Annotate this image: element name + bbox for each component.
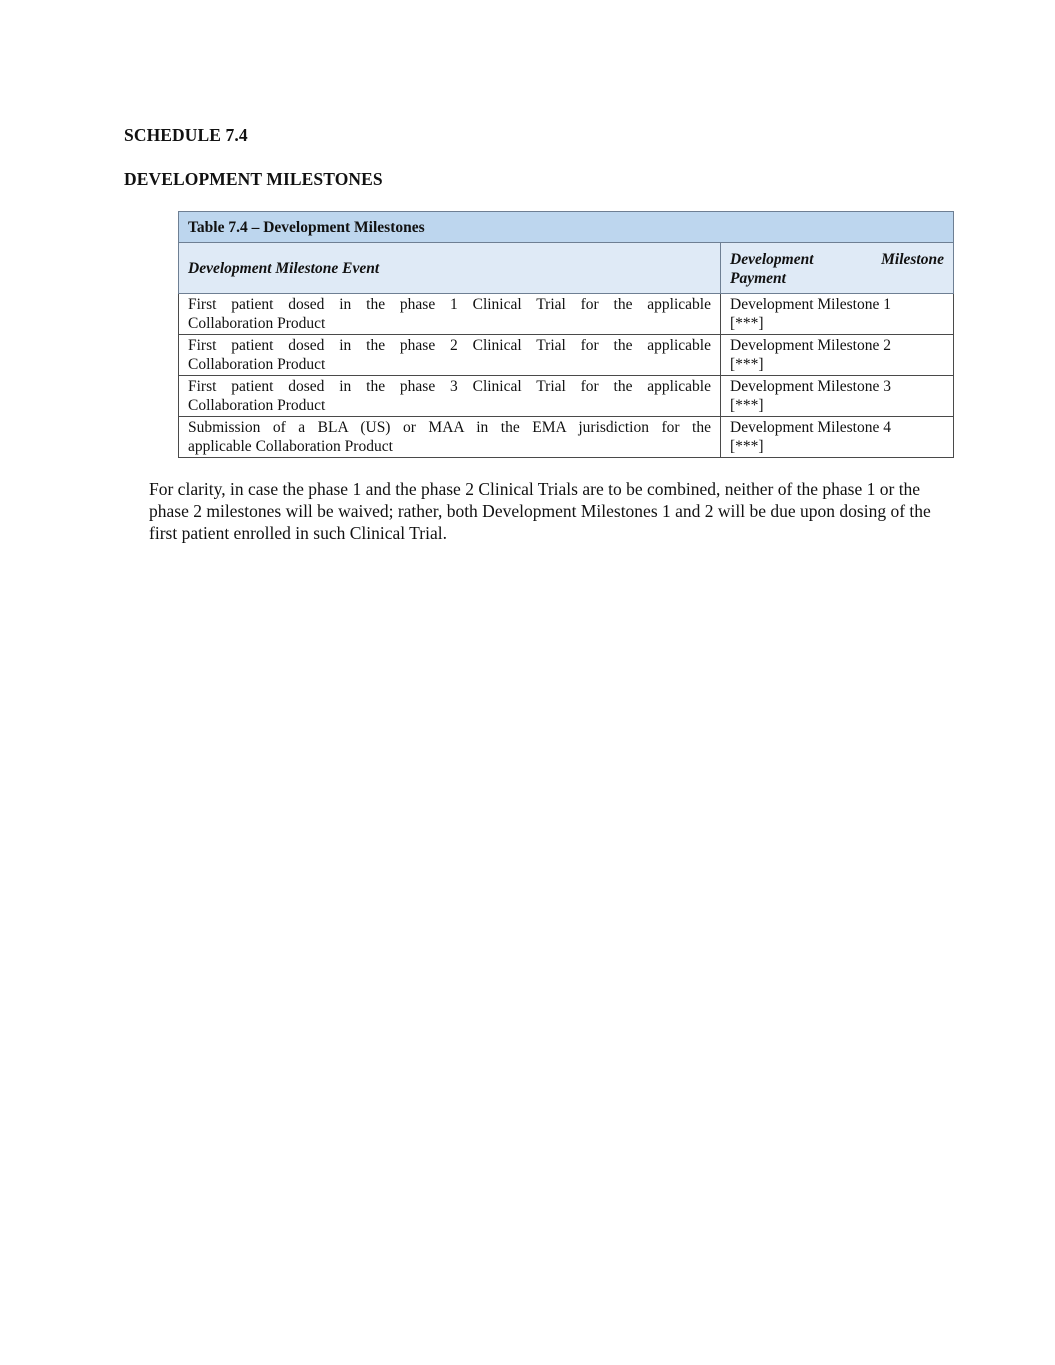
payment-cell: Development Milestone 1 [***] xyxy=(721,294,954,335)
payment-redacted: [***] xyxy=(730,438,764,455)
clarification-paragraph: For clarity, in case the phase 1 and the… xyxy=(149,478,931,544)
table-row: First patient dosed in the phase 3 Clini… xyxy=(179,376,954,417)
event-text-line1: First patient dosed in the phase 1 Clini… xyxy=(188,295,711,314)
event-text-line2: Collaboration Product xyxy=(188,397,325,414)
payment-text: Development Milestone 3 xyxy=(730,377,944,396)
header-payment: Development Milestone Payment xyxy=(721,243,954,294)
payment-text: Development Milestone 1 xyxy=(730,295,944,314)
header-event: Development Milestone Event xyxy=(179,243,721,294)
event-text-line1: First patient dosed in the phase 2 Clini… xyxy=(188,336,711,355)
payment-cell: Development Milestone 2 [***] xyxy=(721,335,954,376)
event-cell: First patient dosed in the phase 3 Clini… xyxy=(179,376,721,417)
header-payment-line2: Payment xyxy=(730,270,786,287)
payment-cell: Development Milestone 4 [***] xyxy=(721,417,954,458)
development-milestones-table: Table 7.4 – Development Milestones Devel… xyxy=(178,211,954,458)
table-header-row: Development Milestone Event Development … xyxy=(179,243,954,294)
payment-cell: Development Milestone 3 [***] xyxy=(721,376,954,417)
payment-redacted: [***] xyxy=(730,397,764,414)
payment-redacted: [***] xyxy=(730,356,764,373)
schedule-title: SCHEDULE 7.4 xyxy=(124,125,248,146)
payment-text: Development Milestone 4 xyxy=(730,418,944,437)
payment-redacted: [***] xyxy=(730,315,764,332)
table-caption: Table 7.4 – Development Milestones xyxy=(179,212,954,243)
payment-text: Development Milestone 2 xyxy=(730,336,944,355)
event-text-line1: Submission of a BLA (US) or MAA in the E… xyxy=(188,418,711,437)
event-text-line1: First patient dosed in the phase 3 Clini… xyxy=(188,377,711,396)
table-caption-row: Table 7.4 – Development Milestones xyxy=(179,212,954,243)
event-cell: Submission of a BLA (US) or MAA in the E… xyxy=(179,417,721,458)
section-title: DEVELOPMENT MILESTONES xyxy=(124,169,383,190)
table-row: Submission of a BLA (US) or MAA in the E… xyxy=(179,417,954,458)
table-row: First patient dosed in the phase 1 Clini… xyxy=(179,294,954,335)
table-row: First patient dosed in the phase 2 Clini… xyxy=(179,335,954,376)
event-text-line2: Collaboration Product xyxy=(188,356,325,373)
event-text-line2: applicable Collaboration Product xyxy=(188,438,393,455)
event-cell: First patient dosed in the phase 1 Clini… xyxy=(179,294,721,335)
event-text-line2: Collaboration Product xyxy=(188,315,325,332)
header-payment-line1: Development Milestone xyxy=(730,250,944,269)
event-cell: First patient dosed in the phase 2 Clini… xyxy=(179,335,721,376)
